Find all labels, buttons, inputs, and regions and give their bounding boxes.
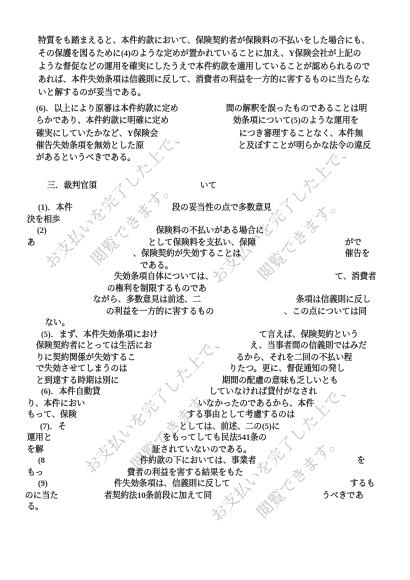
text-fragment: 確実にしていたかなど、Y保険会 [36,129,158,139]
text-fragment: する事由として考慮するのは [187,410,295,420]
text-fragment: として保険料を支払い、保障 [148,238,256,248]
text-fragment: の権利を制限するものであ [107,284,207,294]
payment-watermark: お支払いを完了した上で、閲覧できます。 [210,140,378,308]
text-fragment: を [357,456,365,466]
text-fragment: 費者の利益を害する結果をもた [127,468,243,478]
text-fragment: り、本件におい [27,399,85,409]
text-fragment: ない。 [45,318,70,328]
text-fragment: 間の解釈を誤ったものであることは明 [226,104,367,114]
text-fragment: のに当た [25,491,58,501]
text-fragment: いと解するのが妥当である。 [38,88,146,98]
text-fragment: る。 [27,502,44,512]
watermark-line2: 閲覧できます。 [256,162,378,284]
text-fragment: らかであり、本件約款に明確に定め [36,116,169,126]
text-fragment: で失効させてしまうのは [36,364,127,374]
text-fragment: 段の妥当性の点で多数意見 [172,203,272,213]
text-fragment: 期間の配慮の意味も乏しいとも [222,376,338,386]
text-fragment: いなかったのであるから、本件 [198,399,314,409]
text-fragment: 催告失効条項を無効とした原 [36,141,144,151]
text-fragment: 特質をも踏まえると、本件約款において、保険契約者が保険料の不払いをした場合にも、 [38,36,370,46]
text-fragment: 効条項について(5)のような運用を [233,116,359,126]
text-fragment: 運用と [27,433,52,443]
text-fragment: 者契約法10条前段に加えて同 [104,491,212,501]
text-fragment: 保険料の不払いがある場合に [156,226,264,236]
text-fragment: あ [27,238,35,248]
text-fragment: え、当事者間の信義則ではみだ [250,341,367,351]
text-fragment: 保険契約者にとっては生活にお [36,341,152,351]
text-fragment: (6)．以上により原審は本件約款に定め [36,104,178,114]
text-fragment: 、保険契約が失効することは [133,249,241,259]
text-fragment: て言えば、保険契約という [259,330,359,340]
text-fragment: もっ [27,468,44,478]
text-fragment: (9) [38,479,48,489]
watermark-line1: お支払いを完了した上で、 [210,140,357,287]
text-fragment: を解 [27,445,44,455]
text-fragment: うべきであ [322,491,364,501]
text-fragment: るから、それを二回の不払い程 [236,353,352,363]
text-fragment: 催告を [345,249,370,259]
text-fragment: があるというべきである。 [36,153,136,163]
text-fragment: 証されていないのである。 [152,445,252,455]
text-fragment: あれば、本件失効条項は信義則に反して、消費者の利益を一方的に害するものに当たらな [38,75,370,85]
text-fragment: 決を相歩 [27,215,60,225]
text-fragment: 三．裁判官須 [47,181,97,191]
text-fragment: 、この点については同 [284,307,367,317]
text-fragment: (8 [38,456,45,466]
text-fragment: もって、保険 [27,410,77,420]
text-fragment: 条項は信義則に反し [296,295,371,305]
text-fragment: ような督促などの運用を確実にしたうえで本件約款を適用していることが認められるので [38,62,370,72]
text-fragment: としては、前述、二の(5)に [179,422,280,432]
text-fragment: て、消費者 [335,272,376,282]
text-fragment: (7)．そ [40,422,66,432]
text-fragment: していなければ貸付がなされ [209,387,317,397]
text-fragment: 件約款の下においては、事業者 [140,456,256,466]
text-fragment: (5)．まず、本件失効条項におけ [41,330,158,340]
text-fragment: その保護を図るために(4)のような定めが置かれていることに加え、Y保険会社が上記… [38,49,361,59]
text-fragment: と及ぼすことが明らかな法令の違反 [238,141,371,151]
text-fragment: をもってしても民法541条の [163,433,267,443]
text-fragment: がで [345,238,362,248]
text-fragment: りに契約関係が失効するこ [36,353,136,363]
text-fragment: につき審理することなく、本件無 [239,129,363,139]
text-fragment: (2) [37,226,47,236]
document-page: お支払いを完了した上で、閲覧できます。お支払いを完了した上で、閲覧できます。お支… [0,0,410,580]
text-fragment: するも [350,479,375,489]
text-fragment: 失効条項自体については、 [114,272,213,282]
text-fragment: と到達する時期は別に [36,376,119,386]
text-fragment: (1)．本件 [38,203,73,213]
text-fragment: (6)．本件自動貸 [41,387,100,397]
text-fragment: りたつ。更に、督促通知の発し [229,364,345,374]
text-fragment: いて [200,181,217,191]
text-fragment: ながら、多数意見は前述、二 [93,295,201,305]
text-fragment: である。 [140,261,173,271]
text-fragment: 件失効条項は、信義則に反して [114,479,230,489]
text-fragment: の利益を一方的に害するもの [106,307,214,317]
